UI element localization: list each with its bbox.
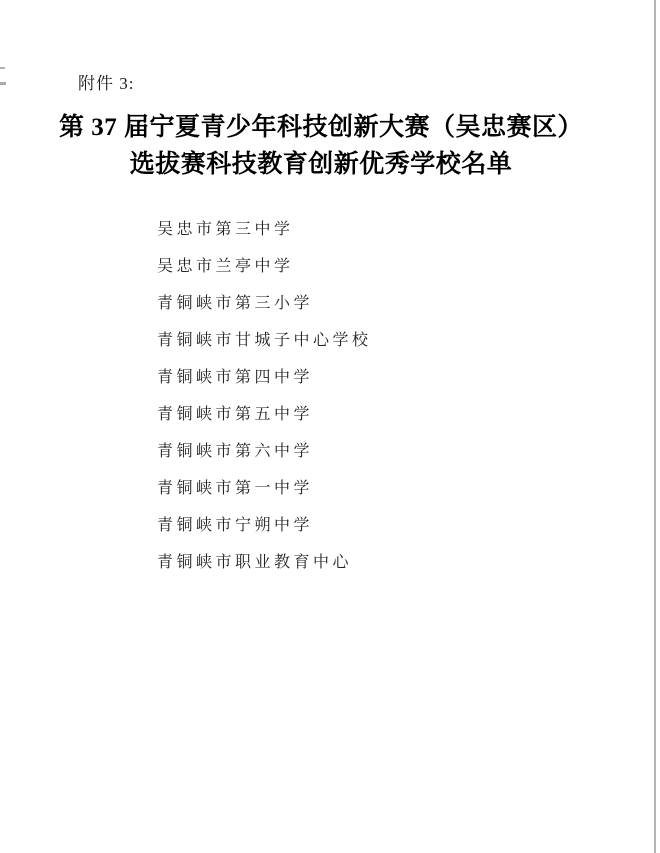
document-title-line-1: 第 37 届宁夏青少年科技创新大赛（吴忠赛区）: [0, 109, 642, 146]
document-title: 第 37 届宁夏青少年科技创新大赛（吴忠赛区） 选拔赛科技教育创新优秀学校名单: [0, 109, 642, 183]
school-list-item: 吴忠市第三中学: [157, 211, 372, 248]
attachment-label: 附件 3:: [78, 74, 134, 94]
page-edge-line: [654, 0, 656, 853]
document-page: 附件 3: 第 37 届宁夏青少年科技创新大赛（吴忠赛区） 选拔赛科技教育创新优…: [0, 0, 660, 853]
school-list-item: 青铜峡市第三小学: [157, 285, 372, 322]
school-list-item: 吴忠市兰亭中学: [157, 248, 372, 285]
school-list-item: 青铜峡市职业教育中心: [157, 544, 372, 581]
school-list-item: 青铜峡市第一中学: [157, 470, 372, 507]
school-list-item: 青铜峡市第四中学: [157, 359, 372, 396]
scan-artifact: [0, 82, 6, 85]
school-list: 吴忠市第三中学 吴忠市兰亭中学 青铜峡市第三小学 青铜峡市甘城子中心学校 青铜峡…: [157, 211, 372, 581]
school-list-item: 青铜峡市甘城子中心学校: [157, 322, 372, 359]
document-title-line-2: 选拔赛科技教育创新优秀学校名单: [0, 146, 642, 183]
scan-artifact: [0, 67, 5, 69]
school-list-item: 青铜峡市第六中学: [157, 433, 372, 470]
school-list-item: 青铜峡市第五中学: [157, 396, 372, 433]
school-list-item: 青铜峡市宁朔中学: [157, 507, 372, 544]
